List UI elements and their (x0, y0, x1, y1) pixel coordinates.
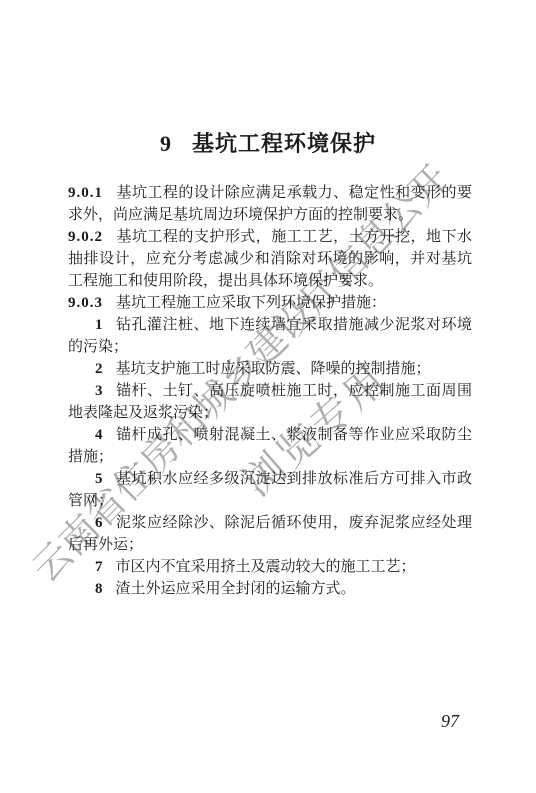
list-item-5: 5基坑积水应经多级沉淀达到排放标准后方可排入市政管网； (68, 468, 472, 512)
clause-9-0-1: 9.0.1基坑工程的设计除应满足承载力、稳定性和变形的要求外，尚应满足基坑周边环… (68, 182, 472, 226)
item-text: 基坑支护施工时应采取防震、降噪的控制措施； (116, 361, 431, 377)
document-body: 9.0.1基坑工程的设计除应满足承载力、稳定性和变形的要求外，尚应满足基坑周边环… (68, 182, 472, 600)
item-number: 3 (95, 383, 103, 399)
document-page: 云南省住房和城乡建设厅信息公开 浏览专用 9基坑工程环境保护 9.0.1基坑工程… (0, 0, 536, 793)
item-number: 1 (95, 317, 103, 333)
clause-label: 9.0.3 (68, 295, 103, 311)
clause-text: 基坑工程的支护形式，施工工艺，土方开挖，地下水抽排设计，应充分考虑减少和消除对环… (68, 229, 472, 289)
clause-9-0-2: 9.0.2基坑工程的支护形式，施工工艺，土方开挖，地下水抽排设计，应充分考虑减少… (68, 226, 472, 292)
item-text: 市区内不宜采用挤土及震动较大的施工工艺； (116, 559, 416, 575)
clause-9-0-3: 9.0.3基坑工程施工应采取下列环境保护措施： (68, 292, 472, 314)
item-text: 泥浆应经除沙、除泥后循环使用，废弃泥浆应经处理后再外运； (68, 515, 472, 553)
item-number: 5 (95, 471, 103, 487)
list-item-6: 6泥浆应经除沙、除泥后循环使用，废弃泥浆应经处理后再外运； (68, 512, 472, 556)
item-text: 钻孔灌注桩、地下连续墙宜采取措施减少泥浆对环境的污染； (68, 317, 472, 355)
item-number: 7 (95, 559, 103, 575)
chapter-title-text: 基坑工程环境保护 (192, 131, 376, 156)
item-number: 8 (95, 581, 103, 597)
item-number: 6 (95, 515, 103, 531)
list-item-7: 7市区内不宜采用挤土及震动较大的施工工艺； (68, 556, 472, 578)
item-text: 锚杆、土钉、高压旋喷桩施工时，应控制施工面周围地表隆起及返浆污染； (68, 383, 472, 421)
clause-text: 基坑工程施工应采取下列环境保护措施： (116, 295, 386, 311)
list-item-4: 4锚杆成孔、喷射混凝土、浆液制备等作业应采取防尘措施； (68, 424, 472, 468)
clause-label: 9.0.2 (68, 229, 103, 245)
list-item-3: 3锚杆、土钉、高压旋喷桩施工时，应控制施工面周围地表隆起及返浆污染； (68, 380, 472, 424)
list-item-1: 1钻孔灌注桩、地下连续墙宜采取措施减少泥浆对环境的污染； (68, 314, 472, 358)
item-text: 基坑积水应经多级沉淀达到排放标准后方可排入市政管网； (68, 471, 472, 509)
chapter-title: 9基坑工程环境保护 (0, 127, 536, 158)
clause-label: 9.0.1 (68, 185, 103, 201)
page-number: 97 (441, 711, 459, 732)
chapter-number: 9 (160, 131, 171, 156)
clause-text: 基坑工程的设计除应满足承载力、稳定性和变形的要求外，尚应满足基坑周边环境保护方面… (68, 185, 472, 223)
item-text: 渣土外运应采用全封闭的运输方式。 (116, 581, 356, 597)
list-item-8: 8渣土外运应采用全封闭的运输方式。 (68, 578, 472, 600)
item-number: 2 (95, 361, 103, 377)
item-number: 4 (95, 427, 103, 443)
list-item-2: 2基坑支护施工时应采取防震、降噪的控制措施； (68, 358, 472, 380)
item-text: 锚杆成孔、喷射混凝土、浆液制备等作业应采取防尘措施； (68, 427, 472, 465)
